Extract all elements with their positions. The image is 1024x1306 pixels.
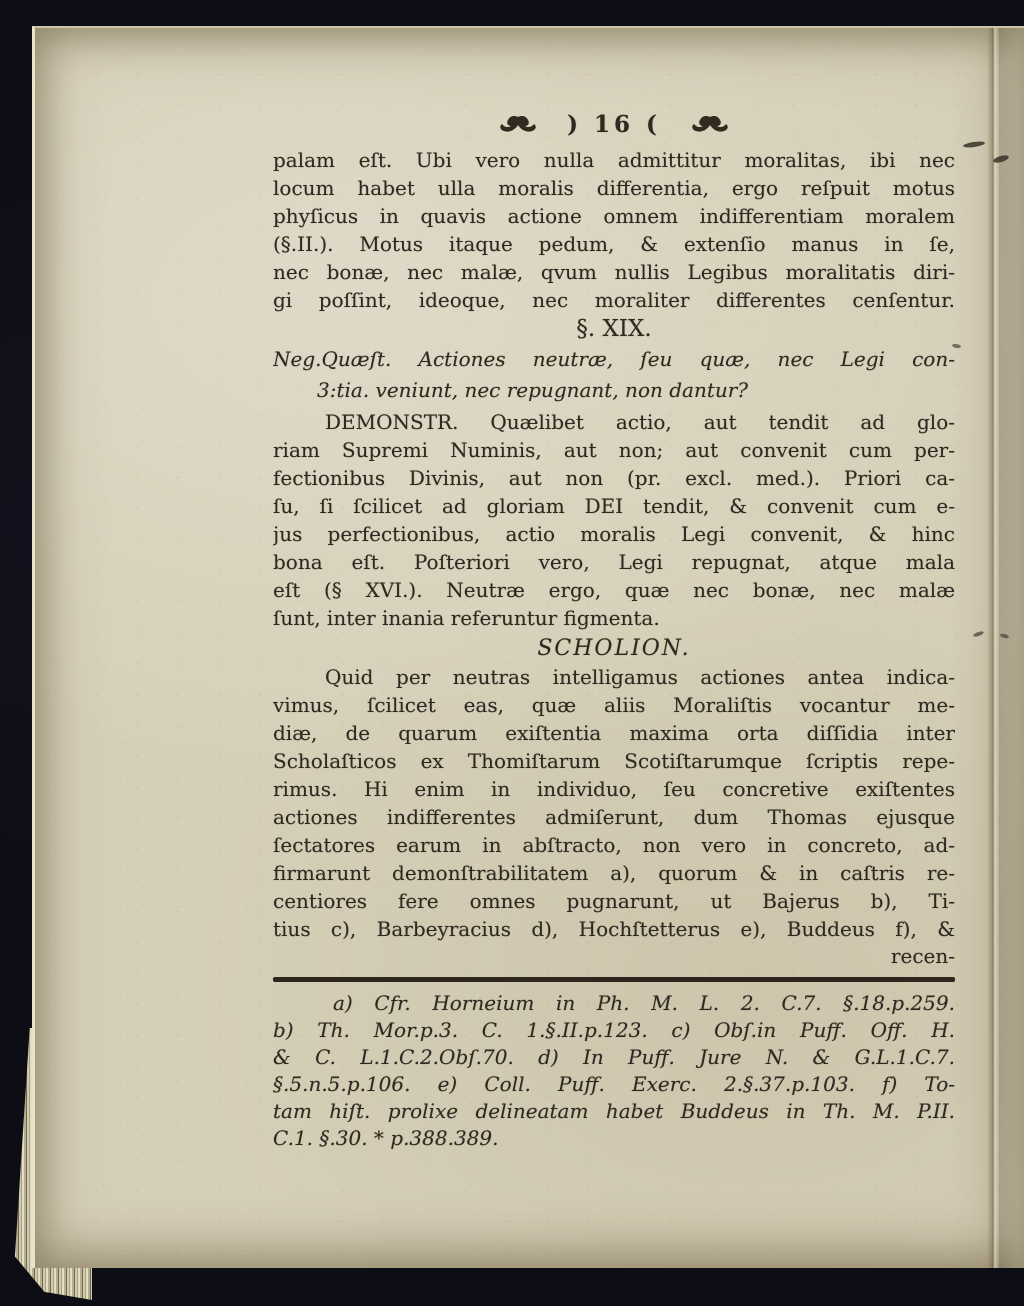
text-line: ſunt, inter inania referuntur figmenta. <box>273 604 955 632</box>
text-line: b) Th. Mor.p.3. C. 1.§.II.p.123. c) Obſ.… <box>273 1017 955 1044</box>
text-line: §.5.n.5.p.106. e) Coll. Puff. Exerc. 2.§… <box>273 1071 955 1098</box>
catchword-row: recen- <box>273 943 955 969</box>
text-line: & C. L.1.C.2.Obſ.70. d) In Puff. Jure N.… <box>273 1044 955 1071</box>
text-line: rimus. Hi enim in individuo, ſeu concret… <box>273 775 955 803</box>
page-header: ) 16 ( <box>273 110 955 138</box>
text-line: C.1. §.30. * p.388.389. <box>273 1125 955 1152</box>
ink-smudge <box>973 630 985 638</box>
question-paragraph: Neg.Quæſt. Actiones neutræ, ſeu quæ, nec… <box>273 344 955 406</box>
text-line: fectionibus Divinis, aut non (pr. excl. … <box>273 464 955 492</box>
text-line: jus perfectionibus, actio moralis Legi c… <box>273 520 955 548</box>
text-block: ) 16 ( palam eſt. Ubi vero nulla admitti… <box>273 28 955 1152</box>
text-line: Scholaſticos ex Thomiſtarum Scotiſtarumq… <box>273 747 955 775</box>
text-line: firmarunt demonſtrabilitatem a), quorum … <box>273 859 955 887</box>
text-line: 3:tia. veniunt, nec repugnant, non dantu… <box>273 375 955 406</box>
text-line: nec bonæ, nec malæ, qvum nullis Legibus … <box>273 258 955 286</box>
binding-margin <box>999 28 1024 1268</box>
gutter-crease <box>987 28 999 1268</box>
text-line: a) Cfr. Horneium in Ph. M. L. 2. C.7. §.… <box>273 990 955 1017</box>
page-number: ) 16 ( <box>567 111 661 138</box>
demonstration-paragraph: DEMONSTR. Quælibet actio, aut tendit ad … <box>273 408 955 632</box>
text-line: tam hiſt. prolixe delineatam habet Budde… <box>273 1098 955 1125</box>
text-line: bona eſt. Poſteriori vero, Legi repugnat… <box>273 548 955 576</box>
fleuron-icon <box>687 114 733 134</box>
text-line: gi poſſint, ideoque, nec moraliter diffe… <box>273 286 955 314</box>
text-line: ſectatores earum in abſtracto, non vero … <box>273 831 955 859</box>
footnote-separator-rule <box>273 977 955 982</box>
footnotes: a) Cfr. Horneium in Ph. M. L. 2. C.7. §.… <box>273 990 955 1152</box>
fleuron-icon <box>495 114 541 134</box>
text-line: palam eſt. Ubi vero nulla admittitur mor… <box>273 146 955 174</box>
fleuron-ornament-right <box>687 114 733 134</box>
text-line: centiores fere omnes pugnarunt, ut Bajer… <box>273 887 955 915</box>
text-line: Quid per neutras intelligamus actiones a… <box>273 663 955 691</box>
text-line: (§.II.). Motus itaque pedum, & extenſio … <box>273 230 955 258</box>
scanned-book-photo: ) 16 ( palam eſt. Ubi vero nulla admitti… <box>0 0 1024 1306</box>
text-line: Neg.Quæſt. Actiones neutræ, ſeu quæ, nec… <box>273 344 955 375</box>
paragraph-continuation: palam eſt. Ubi vero nulla admittitur mor… <box>273 146 955 314</box>
text-line: riam Supremi Numinis, aut non; aut conve… <box>273 436 955 464</box>
text-line: DEMONSTR. Quælibet actio, aut tendit ad … <box>273 408 955 436</box>
text-line: locum habet ulla moralis differentia, er… <box>273 174 955 202</box>
text-line: tius c), Barbeyracius d), Hochſtetterus … <box>273 915 955 943</box>
text-line: vimus, ſcilicet eas, quæ aliis Moraliſti… <box>273 691 955 719</box>
text-line: actiones indifferentes admiſerunt, dum T… <box>273 803 955 831</box>
catchword: recen- <box>891 944 955 968</box>
text-line: phyſicus in quavis actione omnem indiffe… <box>273 202 955 230</box>
book-page: ) 16 ( palam eſt. Ubi vero nulla admitti… <box>32 26 1024 1268</box>
text-line: eſt (§ XVI.). Neutræ ergo, quæ nec bonæ,… <box>273 576 955 604</box>
ink-smudge <box>963 140 985 148</box>
scholion-heading: SCHOLION. <box>273 636 955 661</box>
scholium-paragraph: Quid per neutras intelligamus actiones a… <box>273 663 955 943</box>
section-heading: §. XIX. <box>273 316 955 342</box>
text-line: ſu, ſi ſcilicet ad gloriam DEI tendit, &… <box>273 492 955 520</box>
text-line: diæ, de quarum exiſtentia maxima orta di… <box>273 719 955 747</box>
fleuron-ornament-left <box>495 114 541 134</box>
